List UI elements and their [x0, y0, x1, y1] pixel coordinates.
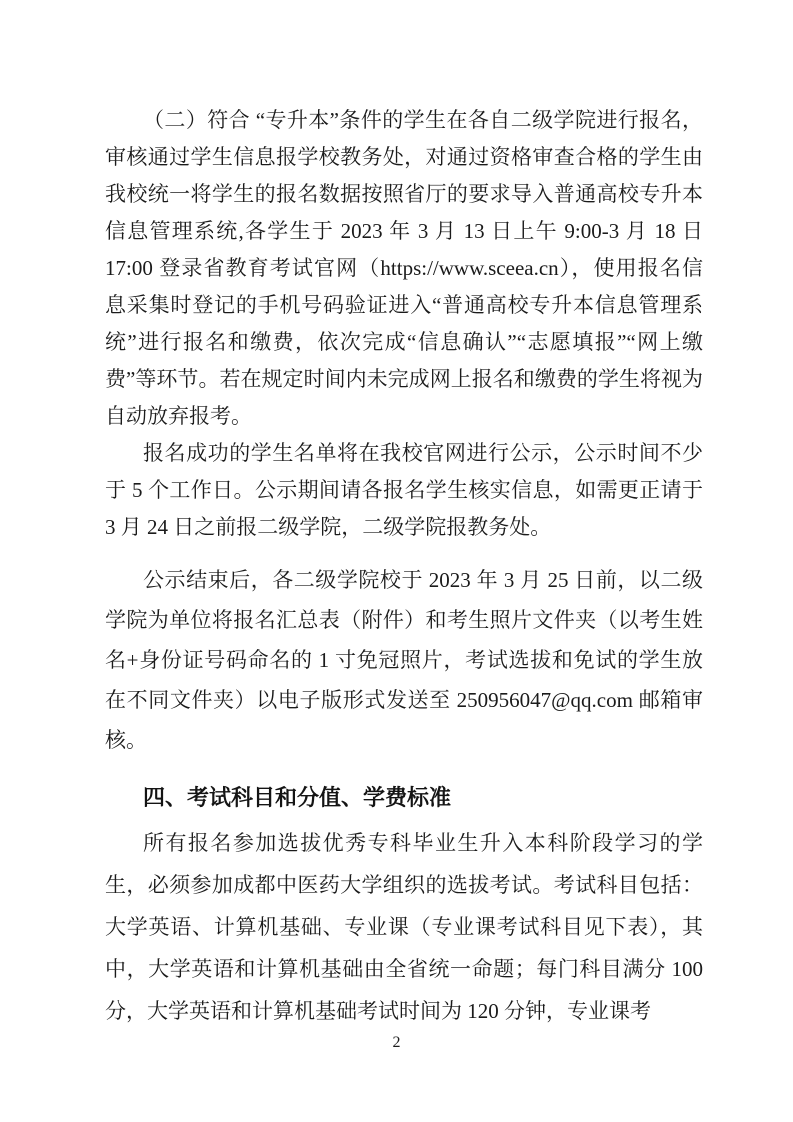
section-heading-exam-subjects-fees: 四、考试科目和分值、学费标准 [105, 784, 703, 812]
paragraph-material-submission: 公示结束后，各二级学院校于 2023 年 3 月 25 日前，以二级学院为单位将… [105, 560, 703, 760]
paragraph-registration-procedure: （二）符合 “专升本”条件的学生在各自二级学院进行报名，审核通过学生信息报学校教… [105, 102, 703, 435]
page-number: 2 [0, 1033, 793, 1053]
paragraph-public-notice: 报名成功的学生名单将在我校官网进行公示，公示时间不少于 5 个工作日。公示期间请… [105, 435, 703, 546]
paragraph-exam-subjects: 所有报名参加选拔优秀专科毕业生升入本科阶段学习的学生，必须参加成都中医药大学组织… [105, 822, 703, 1032]
document-page: （二）符合 “专升本”条件的学生在各自二级学院进行报名，审核通过学生信息报学校教… [0, 0, 793, 1122]
